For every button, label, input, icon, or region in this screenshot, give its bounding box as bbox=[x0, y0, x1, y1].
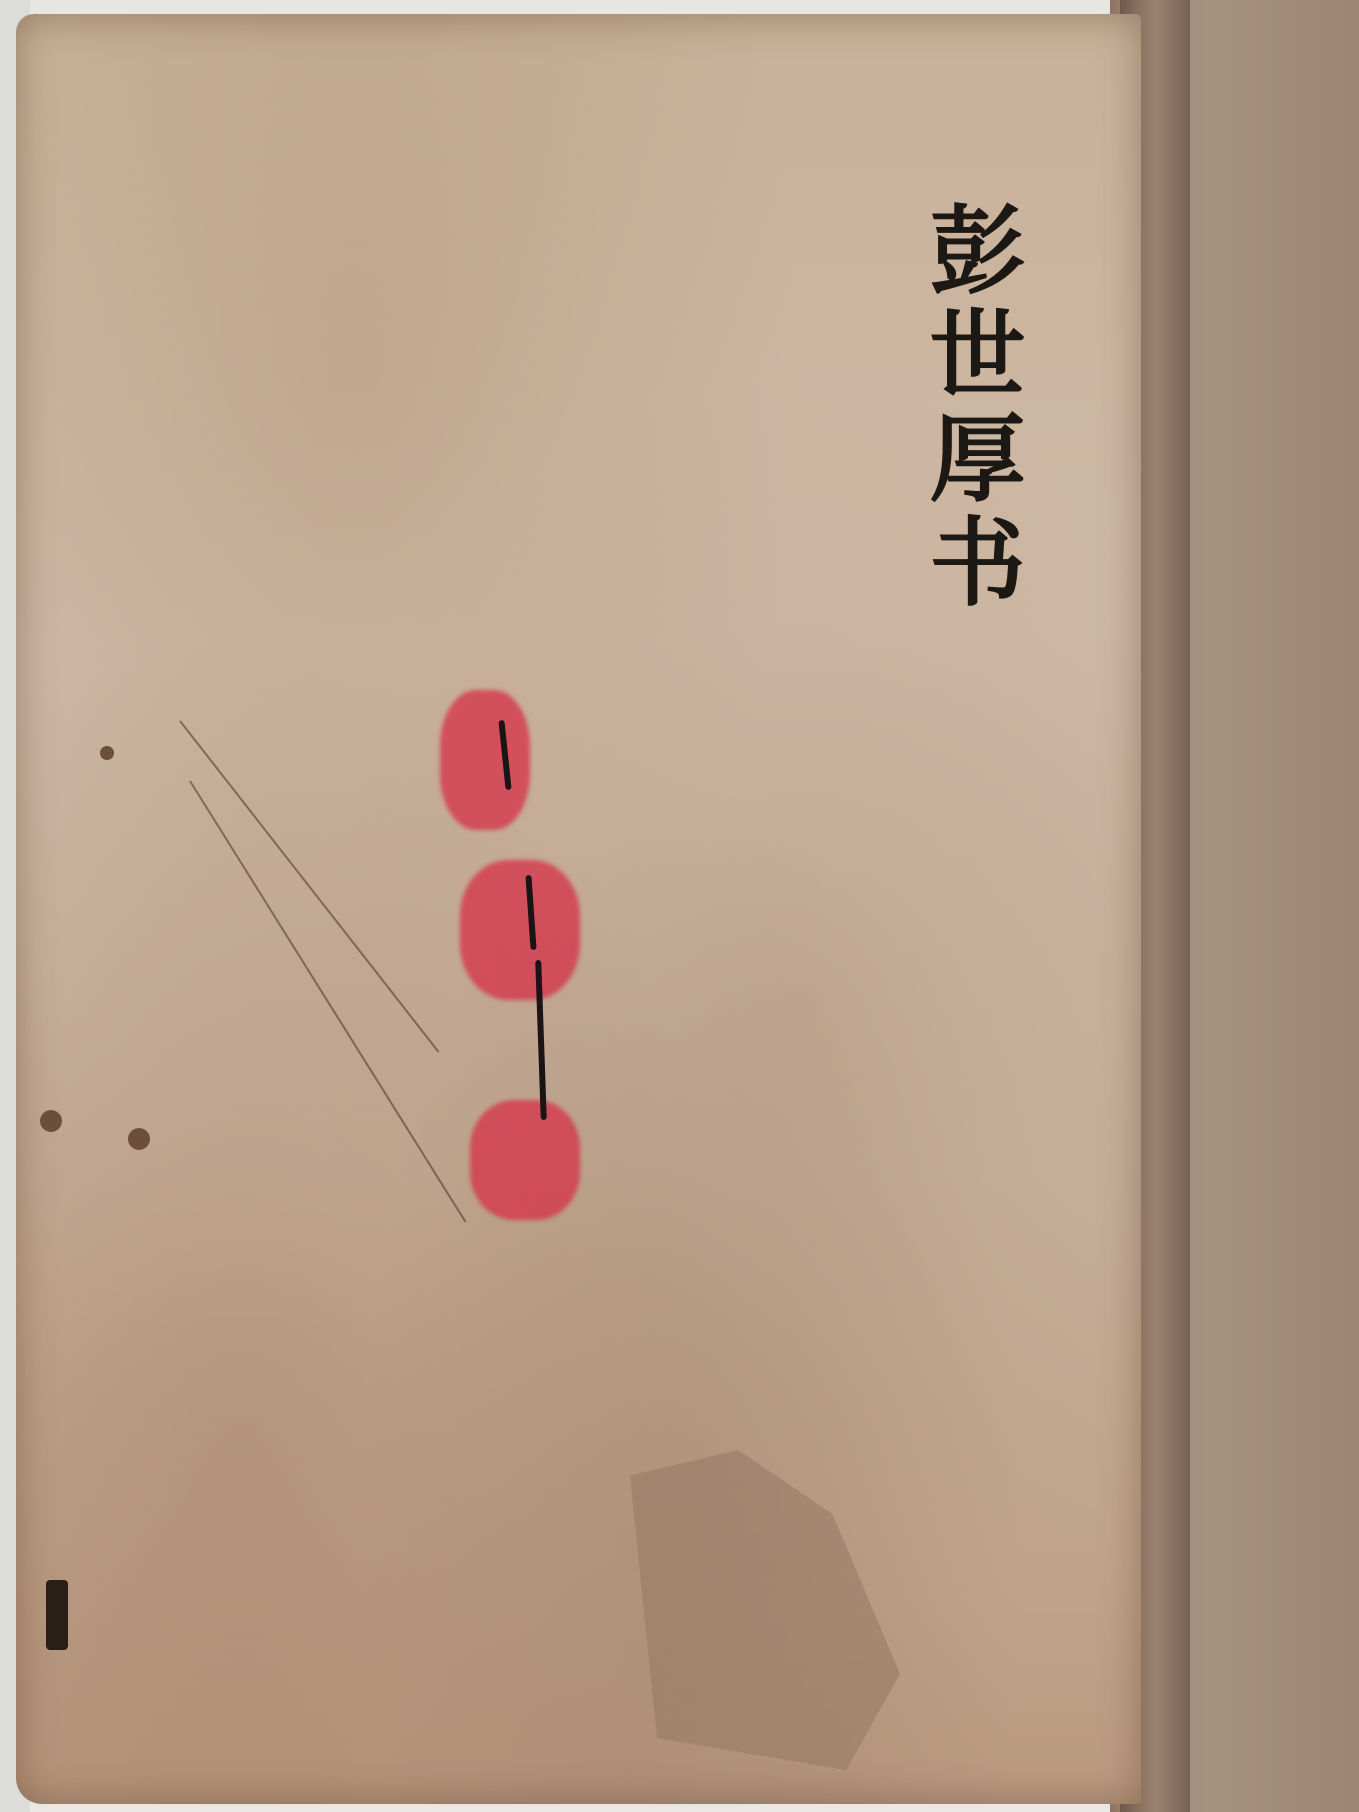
seal-blot bbox=[460, 860, 580, 1000]
worm-hole bbox=[128, 1128, 150, 1150]
spine-corner-character bbox=[46, 1580, 68, 1650]
seal-blot bbox=[470, 1100, 580, 1220]
book-photo: 彭世厚书 bbox=[0, 0, 1359, 1812]
worm-hole bbox=[40, 1110, 62, 1132]
seal-blot bbox=[440, 690, 530, 830]
cover-title: 彭世厚书 bbox=[905, 200, 1035, 616]
red-seal-mark bbox=[440, 660, 600, 1260]
binding-hole bbox=[100, 746, 114, 760]
